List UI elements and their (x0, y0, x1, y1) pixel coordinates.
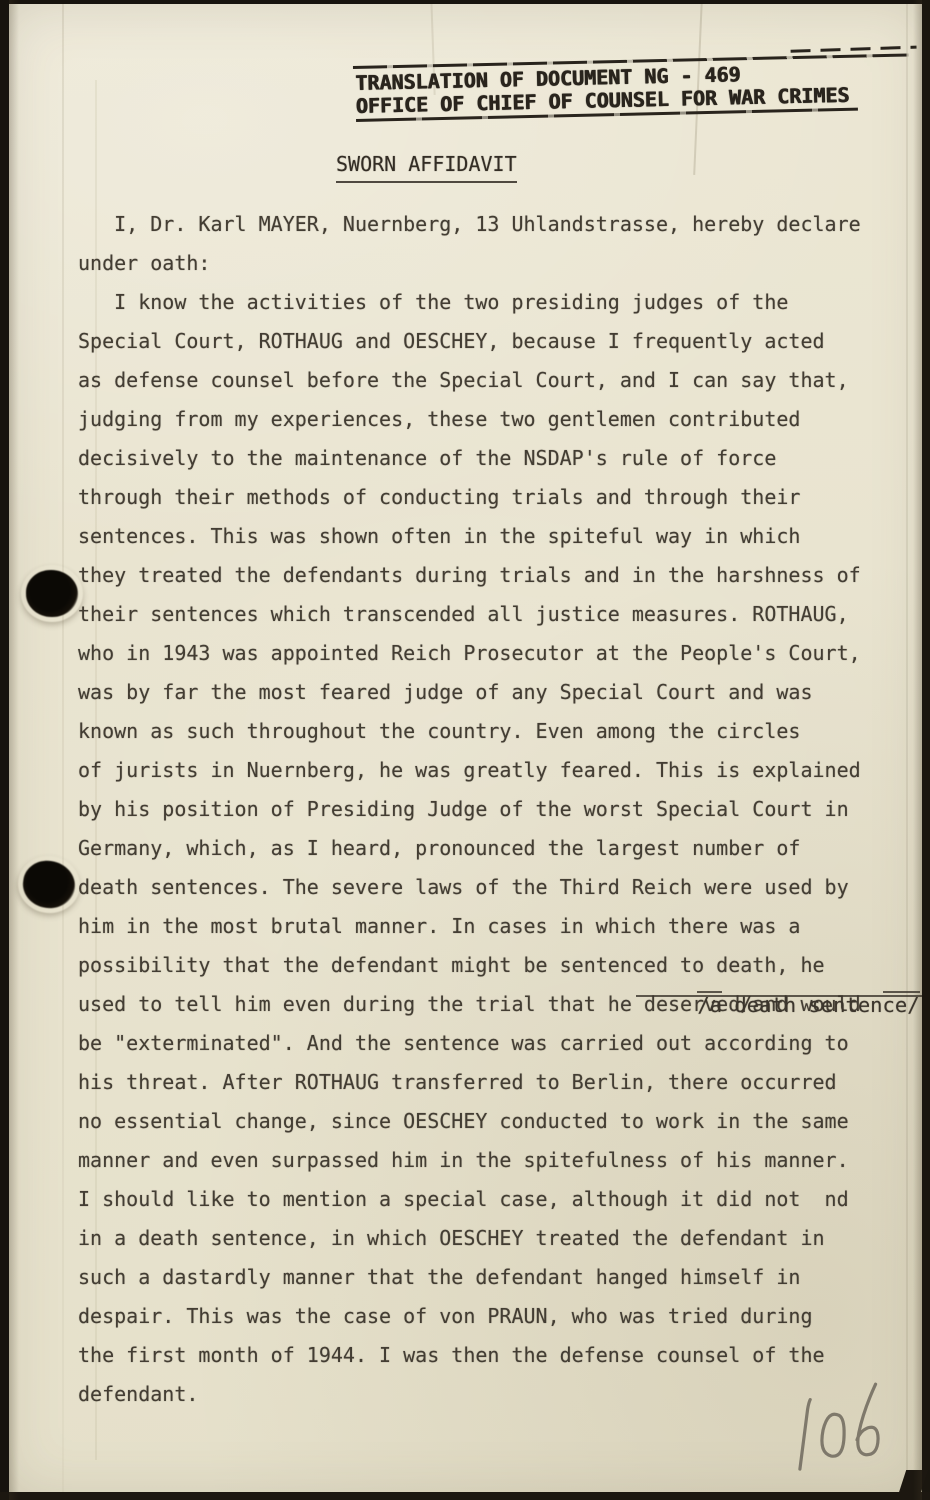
stamp-overline-rule-extension (791, 46, 917, 53)
scan-edge-left (0, 0, 9, 1500)
text-line: of jurists in Nuernberg, he was greatly … (78, 751, 890, 790)
insertion-start: /a (697, 991, 722, 1017)
text-line: who in 1943 was appointed Reich Prosecut… (78, 634, 890, 673)
text-line: Special Court, ROTHAUG and OESCHEY, beca… (78, 322, 890, 361)
text-line: in a death sentence, in which OESCHEY tr… (78, 1219, 890, 1258)
text-line: such a dastardly manner that the defenda… (78, 1258, 890, 1297)
text-line: I, Dr. Karl MAYER, Nuernberg, 13 Uhlands… (78, 205, 890, 244)
text-line: him in the most brutal manner. In cases … (78, 907, 890, 946)
scan-edge-top (0, 0, 930, 4)
text-line: decisively to the maintenance of the NSD… (78, 439, 890, 478)
text-line: through their methods of conducting tria… (78, 478, 890, 517)
pencil-106-drawing (772, 1373, 913, 1484)
interlinear-insertion: /a death sentence/ (636, 969, 926, 997)
text-line: manner and even surpassed him in the spi… (78, 1141, 890, 1180)
text-line: the first month of 1944. I was then the … (78, 1336, 890, 1375)
scan-edge-right (922, 0, 930, 1500)
text-line: was by far the most feared judge of any … (78, 673, 890, 712)
text-line: sentences. This was shown often in the s… (78, 517, 890, 556)
text-line: Germany, which, as I heard, pronounced t… (78, 829, 890, 868)
scan-edge-bottom (0, 1492, 930, 1500)
stamp-header: TRANSLATION OF DOCUMENT NG - 469 OFFICE … (355, 61, 850, 118)
text-line: death sentences. The severe laws of the … (78, 868, 890, 907)
text-line: by his position of Presiding Judge of th… (78, 790, 890, 829)
text-line: known as such throughout the country. Ev… (78, 712, 890, 751)
text-line: no essential change, since OESCHEY condu… (78, 1102, 890, 1141)
text-line: defendant. (78, 1375, 890, 1414)
hole-punch (20, 858, 78, 912)
document-title: SWORN AFFIDAVIT (336, 152, 517, 183)
handwritten-page-number: 106 (772, 1373, 913, 1484)
paper-edge-shadow (9, 0, 19, 1500)
body-lines: I, Dr. Karl MAYER, Nuernberg, 13 Uhlands… (78, 205, 890, 1414)
text-line: as defense counsel before the Special Co… (78, 361, 890, 400)
paper-edge-shadow (913, 0, 922, 1500)
text-line: despair. This was the case of von PRAUN,… (78, 1297, 890, 1336)
paper-crease (62, 0, 64, 1500)
insertion-middle: death senten (722, 993, 882, 1017)
hole-punch (26, 570, 78, 617)
text-line: I should like to mention a special case,… (78, 1180, 890, 1219)
text-line: his threat. After ROTHAUG transferred to… (78, 1063, 890, 1102)
text-line: judging from my experiences, these two g… (78, 400, 890, 439)
document-page: TRANSLATION OF DOCUMENT NG - 469 OFFICE … (0, 0, 930, 1500)
text-line: they treated the defendants during trial… (78, 556, 890, 595)
paper-crease (906, 0, 908, 1500)
text-line: under oath: (78, 244, 890, 283)
text-line: their sentences which transcended all ju… (78, 595, 890, 634)
text-line: I know the activities of the two presidi… (78, 283, 890, 322)
text-line: be "exterminated". And the sentence was … (78, 1024, 890, 1063)
